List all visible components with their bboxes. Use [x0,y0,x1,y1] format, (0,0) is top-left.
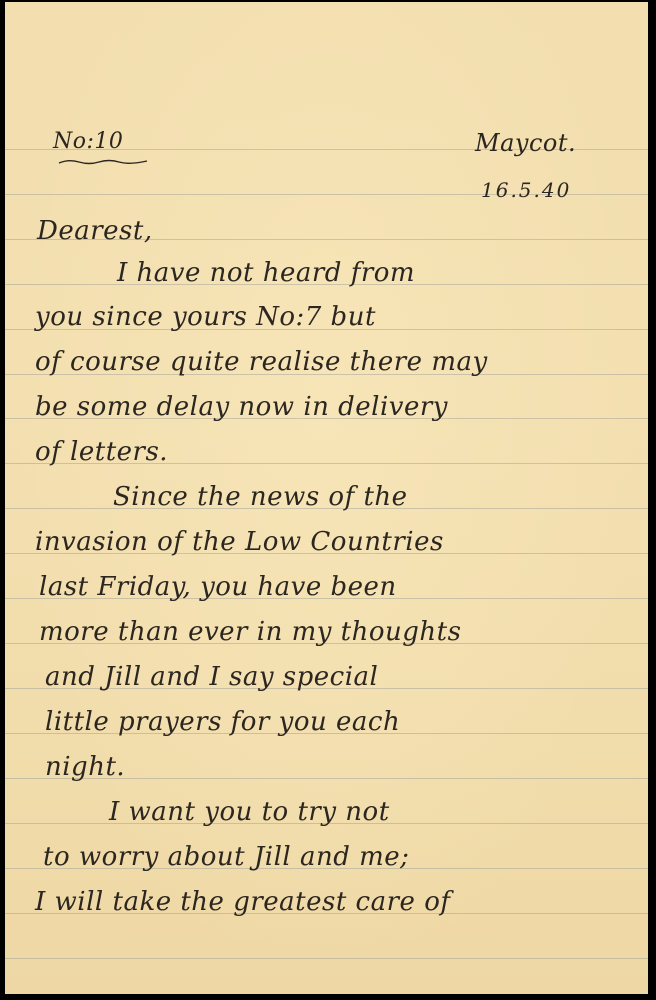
body-line: last Friday, you have been [39,572,397,602]
body-line: I will take the greatest care of [35,887,450,917]
body-line: invasion of the Low Countries [35,527,444,557]
body-line: and Jill and I say special [45,662,378,692]
body-line: be some delay now in delivery [35,392,448,422]
ruled-line [5,958,648,959]
body-line: you since yours No:7 but [35,302,376,332]
body-line: I have not heard from [117,258,415,288]
letter-date: 16.5.40 [481,178,571,202]
body-line: night. [45,752,125,782]
salutation: Dearest, [37,216,153,246]
letter-number: No:10 [53,129,123,154]
body-line: little prayers for you each [45,707,400,737]
wavy-underline [57,159,149,165]
body-line: of letters. [35,437,168,467]
body-line: of course quite realise there may [35,347,488,377]
body-line: Since the news of the [113,482,408,512]
body-line: I want you to try not [109,797,390,827]
body-line: to worry about Jill and me; [43,842,409,872]
body-line: more than ever in my thoughts [39,617,461,647]
letter-page: No:10 Maycot. 16.5.40 Dearest, I have no… [5,2,648,994]
letter-place: Maycot. [475,129,576,157]
